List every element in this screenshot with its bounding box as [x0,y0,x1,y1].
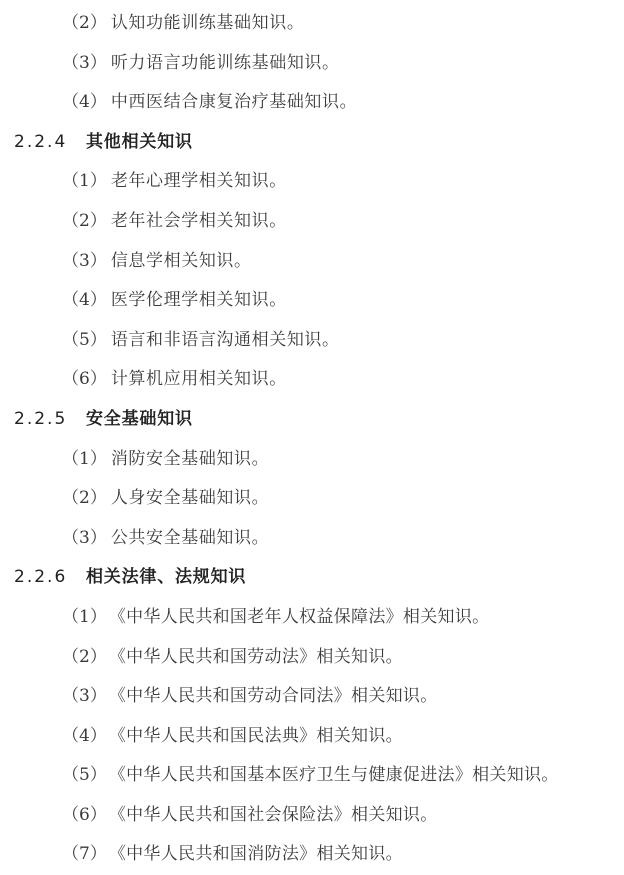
list-item: （2）人身安全基础知识。 [0,479,624,519]
section-number: 2.2.4 [14,123,86,163]
section-title: 其他相关知识 [86,132,193,152]
list-item: （4）医学伦理学相关知识。 [0,281,624,321]
item-number: （4） [62,281,107,321]
item-text: 《中华人民共和国消防法》相关知识。 [109,844,403,864]
item-text: 人身安全基础知识。 [111,488,269,508]
item-number: （3） [62,677,107,717]
section-heading-2-2-5: 2.2.5安全基础知识 [0,400,624,440]
item-number: （2） [62,4,107,44]
document-page: （2）认知功能训练基础知识。 （3）听力语言功能训练基础知识。 （4）中西医结合… [0,4,624,875]
item-number: （3） [62,44,107,84]
item-number: （5） [62,321,107,361]
item-number: （3） [62,242,107,282]
item-text: 《中华人民共和国劳动法》相关知识。 [109,647,403,667]
section-number: 2.2.6 [14,558,86,598]
item-text: 《中华人民共和国劳动合同法》相关知识。 [109,686,438,706]
item-number: （4） [62,83,107,123]
item-number: （6） [62,796,107,836]
item-text: 听力语言功能训练基础知识。 [111,53,340,73]
item-text: 中西医结合康复治疗基础知识。 [111,92,357,112]
list-item: （6）计算机应用相关知识。 [0,360,624,400]
law-list-item: （5）《中华人民共和国基本医疗卫生与健康促进法》相关知识。 [0,756,624,796]
item-text: 公共安全基础知识。 [111,528,269,548]
law-list-item: （2）《中华人民共和国劳动法》相关知识。 [0,638,624,678]
item-number: （3） [62,519,107,559]
item-text: 《中华人民共和国社会保险法》相关知识。 [109,805,438,825]
item-number: （4） [62,717,107,757]
item-text: 老年心理学相关知识。 [111,171,287,191]
item-text: 《中华人民共和国民法典》相关知识。 [109,726,403,746]
item-number: （7） [62,835,107,875]
list-item: （4）中西医结合康复治疗基础知识。 [0,83,624,123]
list-item: （1）消防安全基础知识。 [0,440,624,480]
section-number: 2.2.5 [14,400,86,440]
law-list-item: （7）《中华人民共和国消防法》相关知识。 [0,835,624,875]
item-number: （6） [62,360,107,400]
item-text: 老年社会学相关知识。 [111,211,287,231]
item-text: 《中华人民共和国老年人权益保障法》相关知识。 [109,607,490,627]
section-title: 相关法律、法规知识 [86,567,246,587]
list-item: （3）信息学相关知识。 [0,242,624,282]
item-text: 信息学相关知识。 [111,251,252,271]
item-text: 计算机应用相关知识。 [111,369,287,389]
list-item: （2）老年社会学相关知识。 [0,202,624,242]
item-number: （2） [62,479,107,519]
section-heading-2-2-6: 2.2.6相关法律、法规知识 [0,558,624,598]
list-item: （3）听力语言功能训练基础知识。 [0,44,624,84]
section-title: 安全基础知识 [86,409,193,429]
list-item: （3）公共安全基础知识。 [0,519,624,559]
item-number: （2） [62,638,107,678]
item-number: （2） [62,202,107,242]
item-number: （5） [62,756,107,796]
section-heading-2-2-4: 2.2.4其他相关知识 [0,123,624,163]
item-text: 认知功能训练基础知识。 [111,13,305,33]
item-number: （1） [62,440,107,480]
law-list-item: （1）《中华人民共和国老年人权益保障法》相关知识。 [0,598,624,638]
item-text: 消防安全基础知识。 [111,449,269,469]
list-item: （1）老年心理学相关知识。 [0,162,624,202]
item-text: 语言和非语言沟通相关知识。 [111,330,340,350]
item-number: （1） [62,162,107,202]
list-item: （5）语言和非语言沟通相关知识。 [0,321,624,361]
law-list-item: （3）《中华人民共和国劳动合同法》相关知识。 [0,677,624,717]
law-list-item: （4）《中华人民共和国民法典》相关知识。 [0,717,624,757]
item-text: 《中华人民共和国基本医疗卫生与健康促进法》相关知识。 [109,765,559,785]
law-list-item: （6）《中华人民共和国社会保险法》相关知识。 [0,796,624,836]
item-text: 医学伦理学相关知识。 [111,290,287,310]
item-number: （1） [62,598,107,638]
list-item: （2）认知功能训练基础知识。 [0,4,624,44]
